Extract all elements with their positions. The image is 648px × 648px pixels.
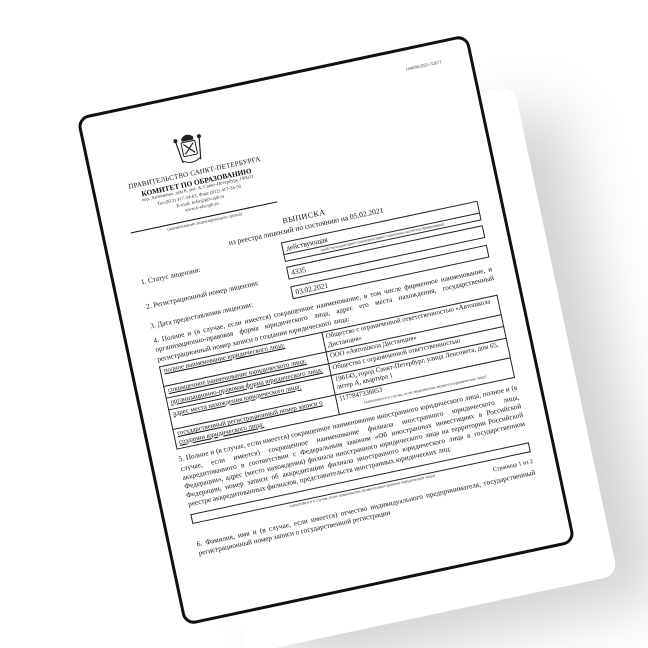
coat-of-arms-icon (171, 129, 207, 168)
document-number: 144698/2021-52671 (405, 59, 443, 72)
